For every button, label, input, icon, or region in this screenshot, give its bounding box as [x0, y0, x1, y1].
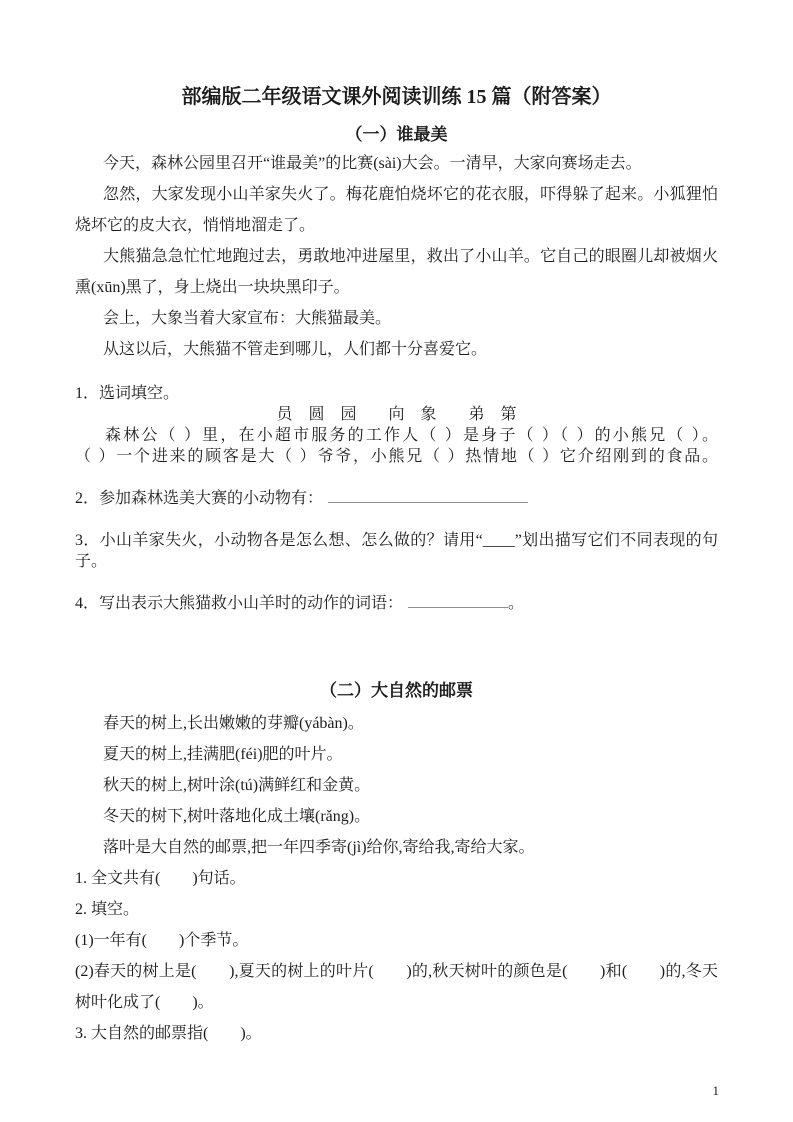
- question-4-suffix: 。: [508, 595, 524, 612]
- section-2-question-2-sub-1: (1)一年有( )个季节。: [75, 925, 718, 956]
- section-2-question-2-sub-2: (2)春天的树上是( ),夏天的树上的叶片( )的,秋天树叶的颜色是( )和( …: [75, 956, 718, 1018]
- section-2-heading: （二）大自然的邮票: [75, 678, 718, 704]
- story-paragraph-4: 会上，大象当着大家宣布：大熊猫最美。: [75, 303, 718, 334]
- question-1-label: 1．选词填空。: [75, 383, 718, 404]
- poem-line-closing: 落叶是大自然的邮票,把一年四季寄(jì)给你,寄给我,寄给大家。: [75, 832, 718, 863]
- question-2-answer-blank: [328, 489, 528, 503]
- poem-line-autumn: 秋天的树上,树叶涂(tú)满鲜红和金黄。: [75, 770, 718, 801]
- poem-line-winter: 冬天的树下,树叶落地化成土壤(rǎng)。: [75, 801, 718, 832]
- story-paragraph-5: 从这以后，大熊猫不管走到哪儿，人们都十分喜爱它。: [75, 334, 718, 365]
- question-4: 4．写出表示大熊猫救小山羊时的动作的词语：。: [75, 593, 718, 614]
- poem-line-summer: 夏天的树上,挂满肥(féi)肥的叶片。: [75, 739, 718, 770]
- question-1-fill-line-2: （ ）一个进来的顾客是大（ ）爷爷，小熊兄（ ）热情地（ ）它介绍刚到的食品。: [75, 446, 718, 467]
- section-1-heading: （一）谁最美: [75, 122, 718, 148]
- section-2-question-2: 2. 填空。: [75, 894, 718, 925]
- question-4-answer-blank: [408, 594, 508, 608]
- question-3: 3．小山羊家失火，小动物各是怎么想、怎么做的？请用“____”划出描写它们不同表…: [75, 530, 718, 572]
- story-paragraph-2: 忽然，大家发现小山羊家失火了。梅花鹿怕烧坏它的花衣服，吓得躲了起来。小狐狸怕烧坏…: [75, 179, 718, 241]
- question-1-word-bank: 员 圆 园 向 象 弟 第: [75, 404, 718, 425]
- document-title: 部编版二年级语文课外阅读训练 15 篇（附答案）: [75, 84, 718, 110]
- poem-line-spring: 春天的树上,长出嫩嫩的芽瓣(yábàn)。: [75, 708, 718, 739]
- page-number: 1: [713, 1083, 720, 1099]
- story-paragraph-3: 大熊猫急急忙忙地跑过去，勇敢地冲进屋里，救出了小山羊。它自己的眼圈儿却被烟火熏(…: [75, 241, 718, 303]
- section-2-question-1: 1. 全文共有( )句话。: [75, 863, 718, 894]
- section-2-body: 春天的树上,长出嫩嫩的芽瓣(yábàn)。 夏天的树上,挂满肥(féi)肥的叶片…: [75, 708, 718, 1049]
- story-paragraph-1: 今天，森林公园里召开“谁最美”的比赛(sài)大会。一清早，大家向赛场走去。: [75, 148, 718, 179]
- document-page: 部编版二年级语文课外阅读训练 15 篇（附答案） （一）谁最美 今天，森林公园里…: [0, 0, 793, 1122]
- question-2: 2．参加森林选美大赛的小动物有：: [75, 488, 718, 509]
- question-4-label: 4．写出表示大熊猫救小山羊时的动作的词语：: [75, 595, 403, 612]
- question-2-label: 2．参加森林选美大赛的小动物有：: [75, 490, 323, 507]
- question-1-fill-line-1: 森林公（ ）里，在小超市服务的工作人（ ）是身子（ ）（ ）的小熊兄（ ）。: [75, 425, 718, 446]
- section-2-question-3: 3. 大自然的邮票指( )。: [75, 1018, 718, 1049]
- section-1-questions: 1．选词填空。 员 圆 园 向 象 弟 第 森林公（ ）里，在小超市服务的工作人…: [75, 383, 718, 614]
